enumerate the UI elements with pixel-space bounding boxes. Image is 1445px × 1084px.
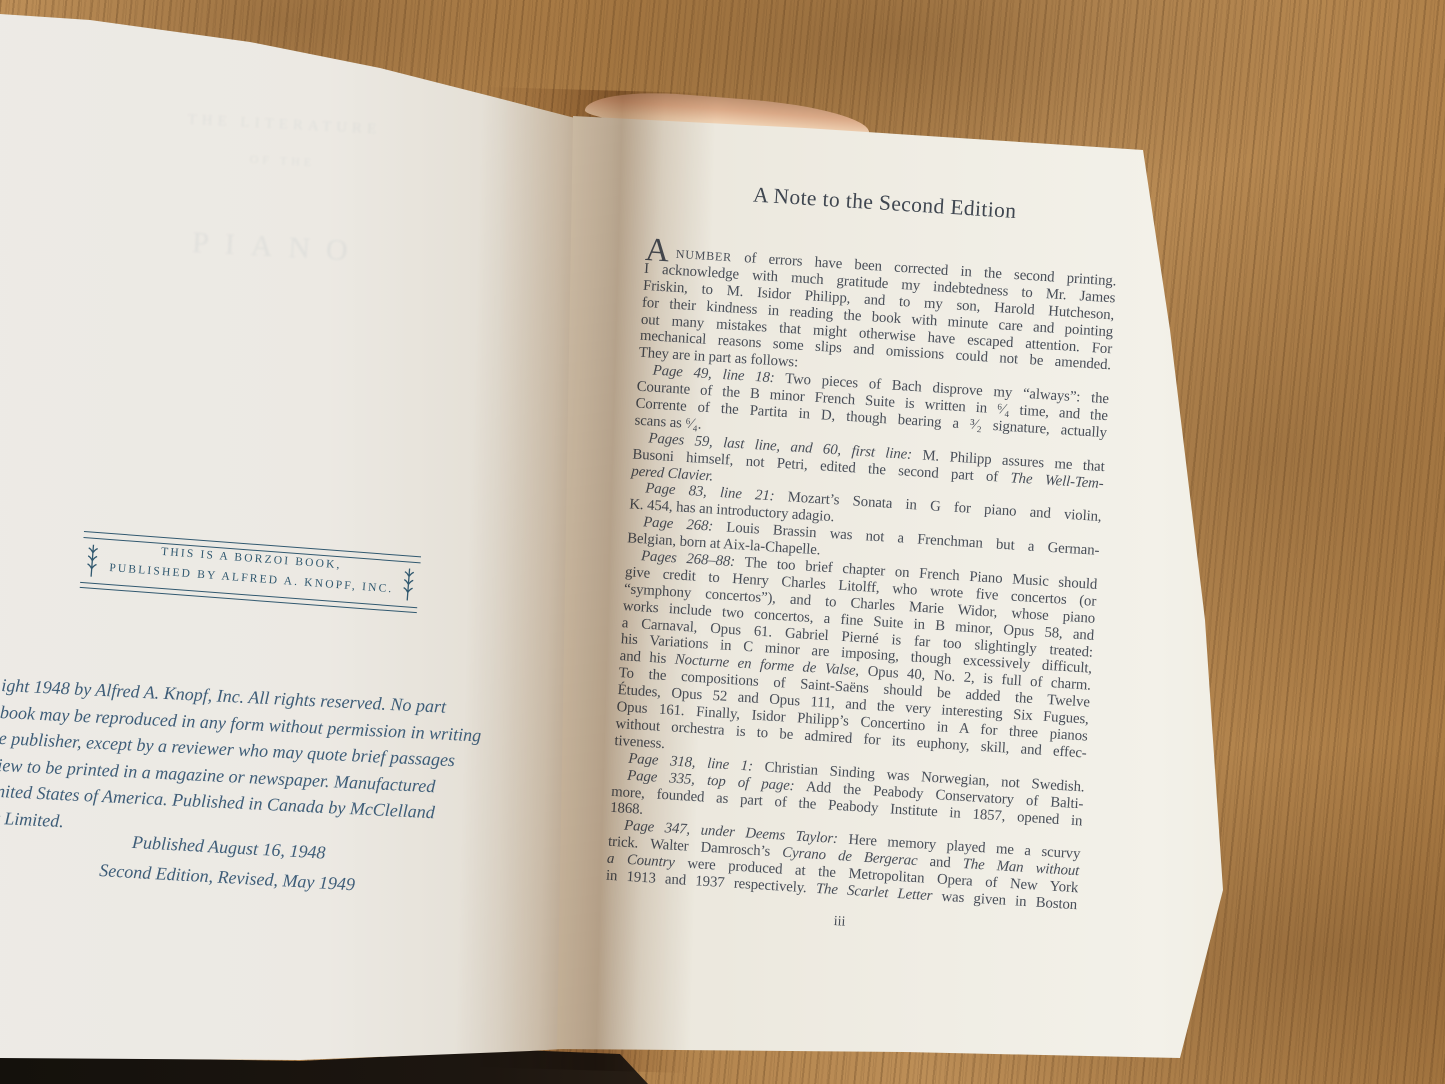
- show-through-line: OF THE: [117, 145, 447, 177]
- photo-open-book: THE LITERATUREOF THEPIANO THIS IS A BORZ…: [0, 0, 1445, 1084]
- text-segment: and: [917, 853, 963, 872]
- laurel-branch-icon: [402, 566, 416, 603]
- note-text-block: A Note to the Second Edition ANUMBER of …: [603, 176, 1121, 945]
- text-segment: NUMBER: [675, 247, 732, 264]
- text-segment: 1868.: [610, 800, 644, 818]
- text-segment: scans as ⁶⁄₄.: [634, 412, 702, 432]
- body-text: ANUMBER of errors have been corrected in…: [605, 244, 1116, 914]
- text-segment: tiveness.: [614, 733, 665, 752]
- laurel-branch-icon: [85, 542, 99, 579]
- show-through-text: THE LITERATUREOF THEPIANO: [112, 108, 449, 273]
